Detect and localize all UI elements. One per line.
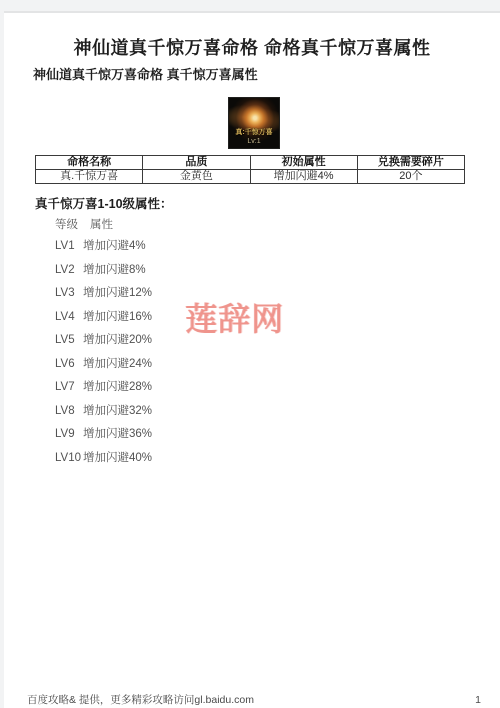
level-attr: 增加闪避16%	[83, 311, 152, 323]
level-label: LV4	[55, 306, 83, 330]
footer-text: 百度攻略& 提供，更多精彩攻略访问gl.baidu.com	[27, 694, 254, 707]
level-label: LV8	[55, 400, 83, 424]
level-label: LV7	[55, 376, 83, 400]
fate-card-image: 真:千惊万喜 Lv:1	[228, 97, 280, 149]
level-attr: 增加闪避4%	[83, 240, 146, 252]
level-row: LV1增加闪避4%	[55, 235, 315, 259]
level-row: LV10增加闪避40%	[55, 447, 315, 471]
level-label: LV3	[55, 282, 83, 306]
level-attr: 增加闪避12%	[83, 287, 152, 299]
level-row: LV2增加闪避8%	[55, 259, 315, 283]
levels-col-attr: 属性	[90, 219, 113, 231]
card-level-label: Lv:1	[229, 138, 279, 146]
level-attr: 增加闪避20%	[83, 334, 152, 346]
levels-list: LV1增加闪避4% LV2增加闪避8% LV3增加闪避12% LV4增加闪避16…	[55, 235, 315, 470]
level-attr: 增加闪避36%	[83, 428, 152, 440]
table-row: 真.千惊万喜 金黄色 增加闪避4% 20个	[36, 170, 465, 184]
fate-info-table: 命格名称 品质 初始属性 兑换需要碎片 真.千惊万喜 金黄色 增加闪避4% 20…	[35, 155, 465, 184]
level-row: LV6增加闪避24%	[55, 353, 315, 377]
page-footer: 百度攻略& 提供，更多精彩攻略访问gl.baidu.com 1	[27, 694, 481, 707]
level-row: LV7增加闪避28%	[55, 376, 315, 400]
level-label: LV5	[55, 329, 83, 353]
watermark: 莲辞网	[185, 294, 284, 340]
levels-col-level: 等级	[55, 219, 78, 231]
level-label: LV1	[55, 235, 83, 259]
level-row: LV8增加闪避32%	[55, 400, 315, 424]
level-row: LV9增加闪避36%	[55, 423, 315, 447]
level-label: LV9	[55, 423, 83, 447]
levels-heading: 真千惊万喜1-10级属性：	[35, 197, 173, 212]
level-attr: 增加闪避40%	[83, 452, 152, 464]
level-attr: 增加闪避8%	[83, 264, 146, 276]
cell-quality: 金黄色	[143, 170, 250, 184]
levels-column-headers: 等级属性	[55, 219, 113, 232]
table-header-row: 命格名称 品质 初始属性 兑换需要碎片	[36, 156, 465, 170]
level-label: LV6	[55, 353, 83, 377]
card-name-label: 真:千惊万喜	[229, 129, 279, 137]
cell-initial-attr: 增加闪避4%	[250, 170, 357, 184]
page-title: 神仙道真千惊万喜命格 命格真千惊万喜属性	[4, 37, 500, 59]
level-attr: 增加闪避32%	[83, 405, 152, 417]
level-label: LV10	[55, 447, 83, 471]
level-label: LV2	[55, 259, 83, 283]
document-page: 神仙道真千惊万喜命格 命格真千惊万喜属性 神仙道真千惊万喜命格 真千惊万喜属性 …	[4, 11, 500, 708]
document-viewer: 神仙道真千惊万喜命格 命格真千惊万喜属性 神仙道真千惊万喜命格 真千惊万喜属性 …	[0, 0, 500, 708]
col-header-fate-name: 命格名称	[36, 156, 143, 170]
col-header-initial-attr: 初始属性	[250, 156, 357, 170]
page-number: 1	[475, 694, 481, 707]
cell-fate-name: 真.千惊万喜	[36, 170, 143, 184]
level-attr: 增加闪避24%	[83, 358, 152, 370]
section-subtitle: 神仙道真千惊万喜命格 真千惊万喜属性	[33, 67, 258, 83]
col-header-shards-needed: 兑换需要碎片	[357, 156, 464, 170]
level-attr: 增加闪避28%	[83, 381, 152, 393]
cell-shards-needed: 20个	[357, 170, 464, 184]
col-header-quality: 品质	[143, 156, 250, 170]
